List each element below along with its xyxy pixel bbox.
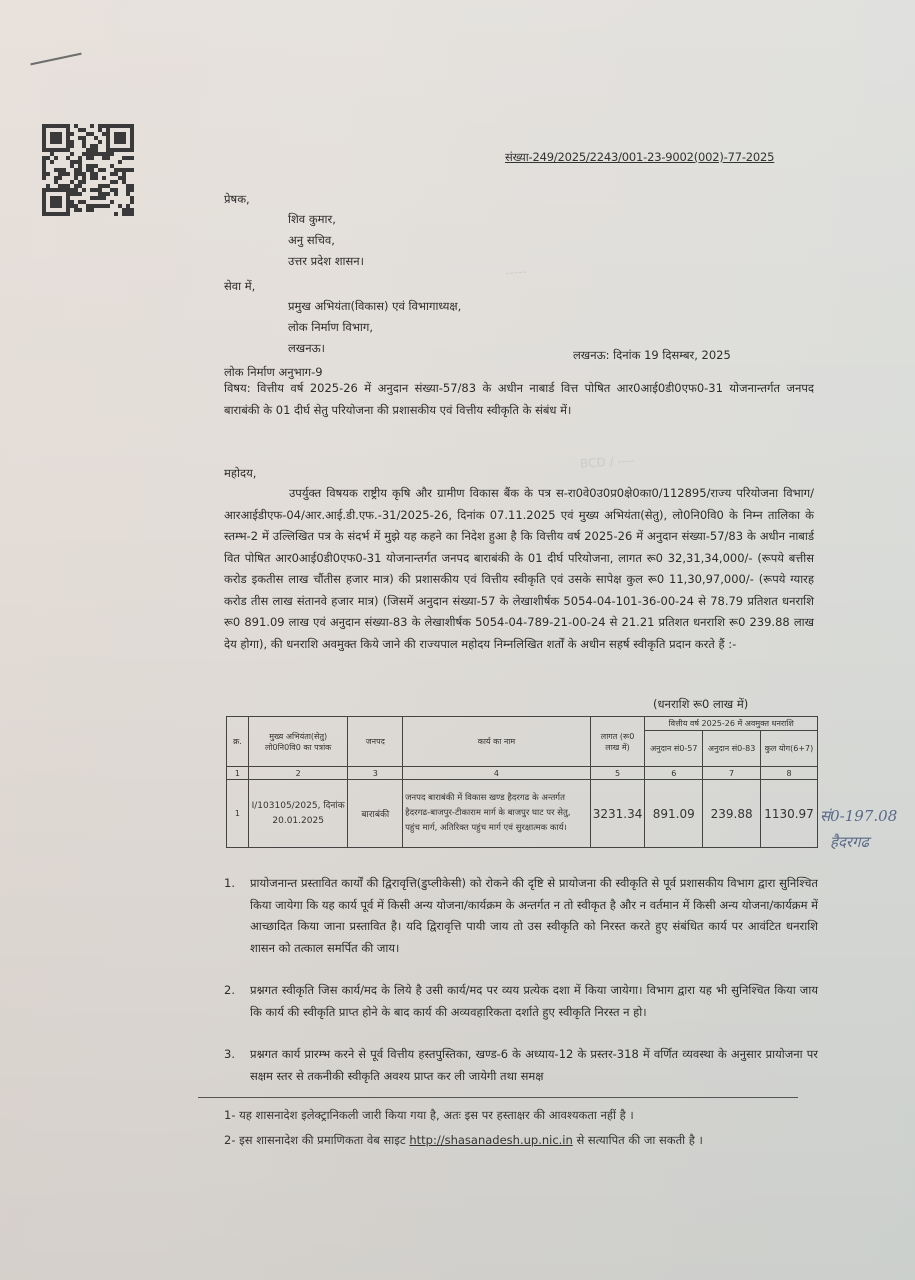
col-num: 1 [227, 767, 249, 780]
header-letter: मुख्य अभियंता(सेतु) लो0नि0वि0 का पत्रांक [248, 717, 348, 767]
header-release-group: वित्तीय वर्ष 2025-26 में अवमुक्त धनराशि [645, 717, 818, 731]
header-district: जनपद [348, 717, 403, 767]
footer-divider [198, 1097, 798, 1098]
header-cost: लागत (रू0 लाख में) [590, 717, 645, 767]
footer-note-2-suffix: से सत्यापित की जा सकती है । [573, 1133, 703, 1147]
condition-text: प्रश्नगत स्वीकृति जिस कार्य/मद के लिये ह… [250, 980, 818, 1023]
condition-1: 1. प्रायोजनान्त प्रस्तावित कार्यों की द्… [224, 873, 818, 959]
cell-grant57: 891.09 [645, 780, 703, 848]
cell-letter: I/103105/2025, दिनांक 20.01.2025 [248, 780, 348, 848]
col-num: 3 [348, 767, 403, 780]
salutation: महोदय, [224, 466, 256, 481]
cell-cost: 3231.34 [590, 780, 645, 848]
condition-text: प्रायोजनान्त प्रस्तावित कार्यों की द्विर… [250, 873, 818, 959]
cell-total: 1130.97 [761, 780, 818, 848]
condition-number: 2. [224, 980, 235, 1002]
handwritten-annotation-place: हैदरगढ [830, 832, 869, 852]
col-num: 2 [248, 767, 348, 780]
col-num: 7 [703, 767, 761, 780]
footer-note-2-prefix: 2- इस शासनादेश की प्रमाणिकता वेब साइट [224, 1133, 409, 1147]
header-total: कुल योग(6+7) [761, 731, 818, 767]
col-num: 4 [403, 767, 591, 780]
sender-office: उत्तर प्रदेश शासन। [288, 254, 364, 269]
recipient-label: सेवा में, [224, 279, 255, 294]
cell-work-name: जनपद बाराबंकी में विकास खण्ड हैदरगढ के अ… [403, 780, 591, 848]
grant-table: क्र. मुख्य अभियंता(सेतु) लो0नि0वि0 का पत… [226, 716, 818, 848]
header-grant57: अनुदान सं0-57 [645, 731, 703, 767]
amount-unit-note: (धनराशि रू0 लाख में) [653, 697, 748, 712]
footer-note-2: 2- इस शासनादेश की प्रमाणिकता वेब साइट ht… [224, 1133, 703, 1148]
col-num: 5 [590, 767, 645, 780]
header-work-name: कार्य का नाम [403, 717, 591, 767]
condition-text: प्रश्नगत कार्य प्रारम्भ करने से पूर्व वि… [250, 1044, 818, 1087]
cell-grant83: 239.88 [703, 780, 761, 848]
cell-sno: 1 [227, 780, 249, 848]
subject: विषय: वित्तीय वर्ष 2025-26 में अनुदान सं… [224, 378, 814, 421]
header-grant83: अनुदान सं0-83 [703, 731, 761, 767]
qr-code-icon [42, 124, 134, 214]
pen-mark [30, 53, 81, 66]
sender-designation: अनु सचिव, [288, 233, 335, 248]
header-sno: क्र. [227, 717, 249, 767]
footer-note-1: 1- यह शासनादेश इलेक्ट्रानिकली जारी किया … [224, 1108, 634, 1123]
cell-district: बाराबंकी [348, 780, 403, 848]
reference-number: संख्या-249/2025/2243/001-23-9002(002)-77… [505, 150, 774, 165]
condition-number: 1. [224, 873, 235, 895]
place-date: लखनऊ: दिनांक 19 दिसम्बर, 2025 [573, 348, 731, 363]
table-row: 1 I/103105/2025, दिनांक 20.01.2025 बाराब… [227, 780, 818, 848]
condition-2: 2. प्रश्नगत स्वीकृति जिस कार्य/मद के लिय… [224, 980, 818, 1023]
condition-3: 3. प्रश्नगत कार्य प्रारम्भ करने से पूर्व… [224, 1044, 818, 1087]
condition-number: 3. [224, 1044, 235, 1066]
col-num: 8 [761, 767, 818, 780]
recipient-department: लोक निर्माण विभाग, [288, 320, 373, 335]
column-number-row: 1 2 3 4 5 6 7 8 [227, 767, 818, 780]
sender-name: शिव कुमार, [288, 212, 336, 227]
body-paragraph: उपर्युक्त विषयक राष्ट्रीय कृषि और ग्रामी… [224, 483, 814, 655]
col-num: 6 [645, 767, 703, 780]
verification-link[interactable]: http://shasanadesh.up.nic.in [409, 1133, 572, 1147]
handwritten-annotation-number: सं0-197.08 [820, 806, 897, 826]
recipient-city: लखनऊ। [288, 341, 325, 356]
sender-label: प्रेषक, [224, 192, 250, 207]
recipient-designation: प्रमुख अभियंता(विकास) एवं विभागाध्यक्ष, [288, 299, 461, 314]
